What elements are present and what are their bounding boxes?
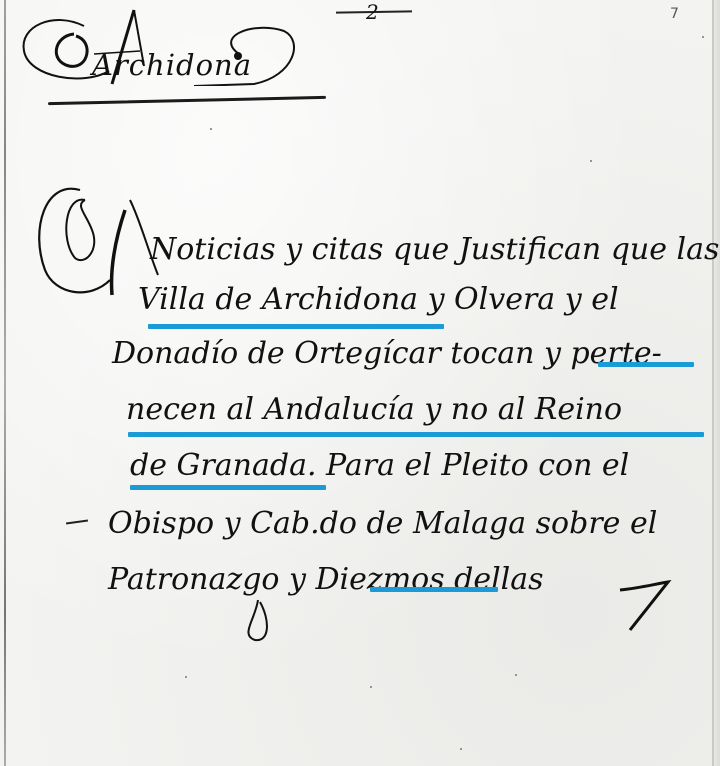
body-line-3: Donadío de Ortegícar tocan y perte- — [112, 336, 662, 371]
body-line-5: de Granada. Para el Pleito con el — [130, 448, 629, 483]
page-number-text: 2 — [366, 0, 379, 24]
top-page-number: 2 — [336, 4, 414, 26]
paper-speck — [702, 36, 704, 38]
paper-speck — [460, 748, 462, 750]
body-line-1: Noticias y citas que Justifican que las — [150, 232, 719, 267]
folio-number: 7 — [670, 6, 679, 22]
margin-dash-mark — [66, 519, 88, 524]
page-right-edge — [712, 0, 714, 766]
paper-speck — [590, 160, 592, 162]
highlight-necen-al-andalucia — [128, 432, 704, 437]
body-line-6: Obispo y Cab.do de Malaga sobre el — [108, 506, 657, 541]
paper-speck — [210, 128, 212, 130]
highlight-perte — [598, 362, 694, 367]
body-line-2: Villa de Archidona y Olvera y el — [138, 282, 619, 317]
highlight-de-granada — [130, 485, 326, 490]
manuscript-page: 2 7 Archidona Noticias y citas que Justi… — [0, 0, 720, 766]
body-line-4: necen al Andalucía y no al Reino — [126, 392, 622, 427]
heading-underline — [48, 96, 326, 105]
paper-speck — [370, 686, 372, 688]
heading-title: Archidona — [92, 48, 252, 82]
paper-speck — [515, 674, 517, 676]
page-left-edge — [4, 0, 6, 766]
paper-speck — [185, 676, 187, 678]
closing-rubric-icon — [200, 580, 680, 650]
highlight-de-archidona — [148, 324, 444, 329]
